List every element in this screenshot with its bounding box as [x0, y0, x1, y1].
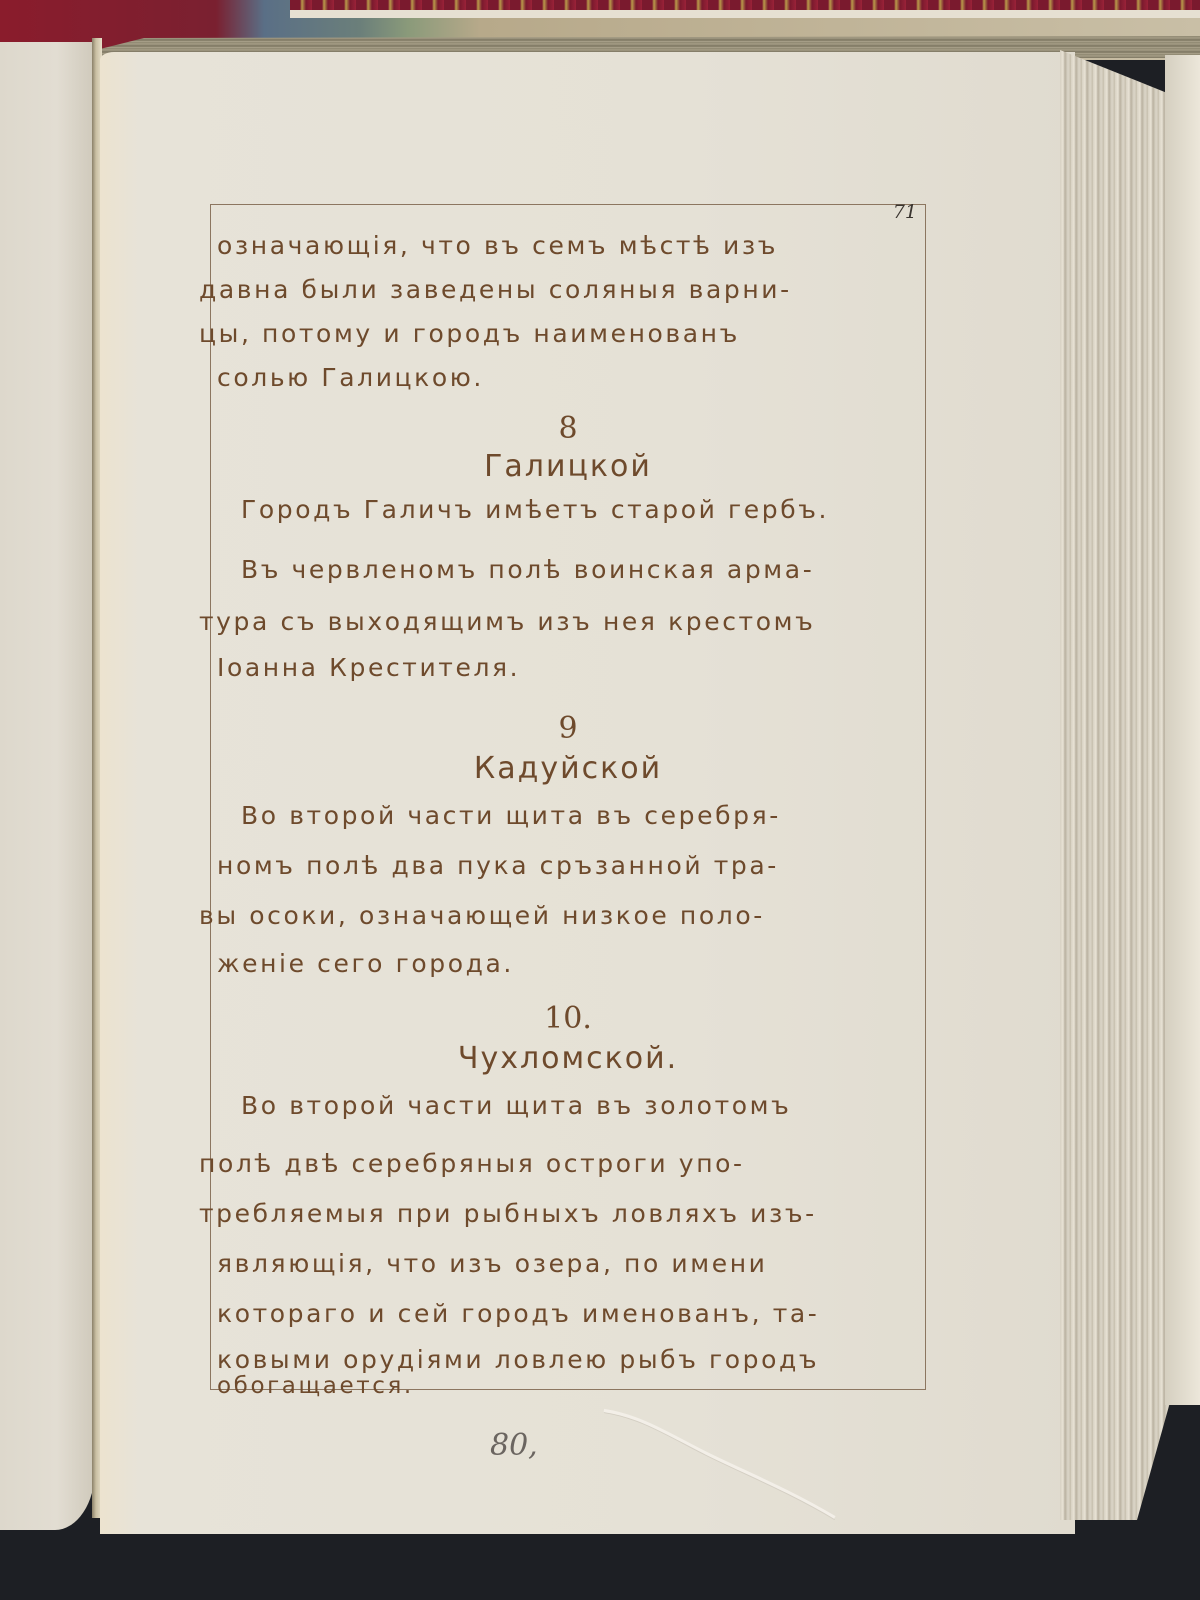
- text-line: Городъ Галичъ имѣетъ старой гербъ.: [241, 495, 829, 524]
- section-number: 9: [211, 711, 925, 746]
- text-line: обогащается.: [217, 1373, 414, 1399]
- right-page: 71 означающія, что въ семъ мѣстѣ изъ дав…: [100, 52, 1075, 1534]
- text-line: женіе сего города.: [217, 949, 514, 978]
- text-line: котораго и сей городъ именованъ, та-: [217, 1299, 819, 1328]
- section-title: Кадуйской: [211, 751, 925, 786]
- text-line: ковыми орудіями ловлею рыбъ городъ: [217, 1345, 819, 1374]
- text-line: тура съ выходящимъ изъ нея крестомъ: [199, 607, 815, 636]
- text-line: солью Галицкою.: [217, 363, 484, 392]
- text-line: давна были заведены соляныя варни-: [199, 275, 792, 304]
- page-number: 80,: [490, 1428, 538, 1463]
- text-line: номъ полѣ два пука сръзанной тра-: [217, 851, 779, 880]
- section-number: 8: [211, 411, 925, 446]
- book-fore-edge-far: [1165, 55, 1200, 1405]
- folio-number: 71: [893, 201, 917, 223]
- cover-edge: [290, 10, 1200, 18]
- text-line: означающія, что въ семъ мѣстѣ изъ: [217, 231, 778, 260]
- text-line: Во второй части щита въ золотомъ: [241, 1091, 791, 1120]
- text-line: требляемыя при рыбныхъ ловляхъ изъ-: [199, 1199, 817, 1228]
- text-line: цы, потому и городъ наименованъ: [199, 319, 740, 348]
- section-title: Чухломской.: [211, 1041, 925, 1076]
- paper-crease: [590, 1407, 950, 1527]
- text-line: являющія, что изъ озера, по имени: [217, 1249, 768, 1278]
- text-line: полѣ двѣ серебряныя остроги упо-: [199, 1149, 745, 1178]
- text-line: Во второй части щита въ серебря-: [241, 801, 781, 830]
- text-line: Въ червленомъ полѣ воинская арма-: [241, 555, 814, 584]
- manuscript-photo: 71 означающія, что въ семъ мѣстѣ изъ дав…: [0, 0, 1200, 1600]
- section-number: 10.: [211, 1001, 925, 1036]
- text-line: Іоанна Крестителя.: [217, 653, 520, 682]
- left-page-edge: [0, 42, 95, 1530]
- section-title: Галицкой: [211, 449, 925, 484]
- text-line: вы осоки, означающей низкое поло-: [199, 901, 765, 930]
- page-fore-edge: [1060, 50, 1170, 1520]
- ruled-text-frame: 71 означающія, что въ семъ мѣстѣ изъ дав…: [210, 204, 926, 1390]
